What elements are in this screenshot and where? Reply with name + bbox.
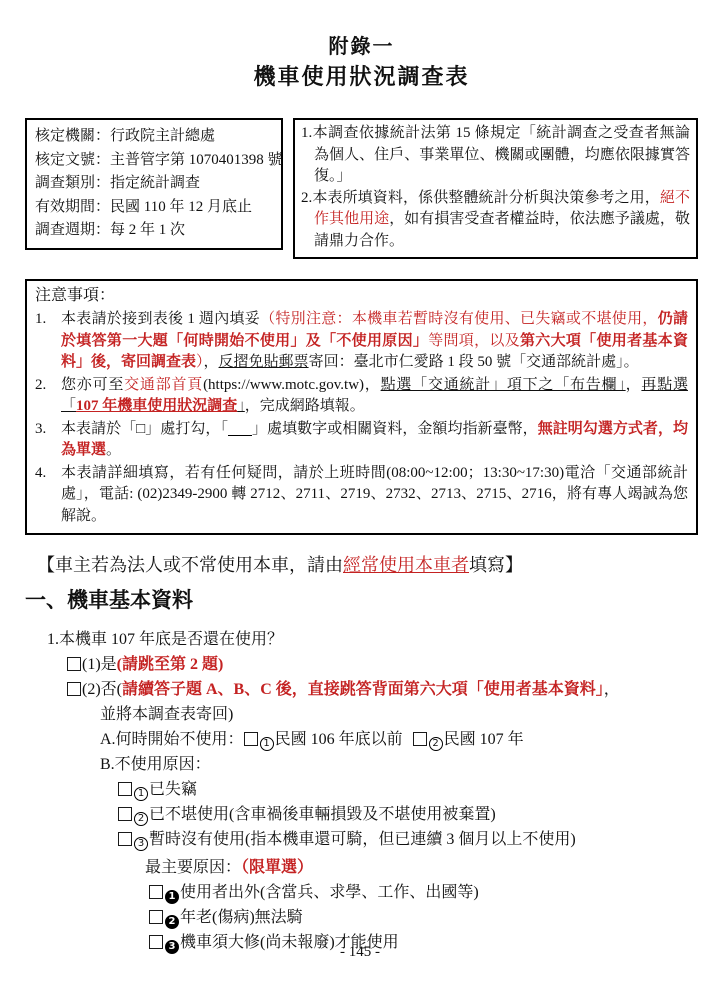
- circled-number-3-icon: 3: [134, 837, 148, 851]
- main-reason-option-2-label: 年老(傷病)無法騎: [180, 909, 303, 926]
- sub-b-option-1-row: 1已失竊: [118, 777, 698, 802]
- notice-1-run-7: ，: [204, 354, 219, 370]
- legal-item-2: 2.本表所填資料，係供整體統計分析與決策參考之用，絕不作其他用途，如有損害受查者…: [301, 188, 690, 253]
- sub-b-option-2-label: 已不堪使用(含車禍後車輛損毀及不堪使用被棄置): [149, 806, 496, 823]
- survey-cycle: 調查週期：每 2 年 1 次: [35, 219, 273, 243]
- main-reason-label: 最主要原因：: [145, 859, 241, 876]
- checkbox-q1-no[interactable]: [67, 682, 81, 696]
- document-page: 附錄一 機車使用狀況調查表 核定機關：行政院主計總處 核定文號：主普管字第 10…: [0, 0, 720, 987]
- legal-item-1: 1.本調查依據統計法第 15 條規定「統計調查之受查者無論為個人、住戶、事業單位…: [301, 123, 690, 188]
- filled-circled-number-1-icon: 1: [165, 890, 179, 904]
- checkbox-b-option-3[interactable]: [118, 832, 132, 846]
- notice-box: 注意事項： 1. 本表請於接到表後 1 週內填妥（特別注意：本機車若暫時沒有使用…: [25, 279, 698, 535]
- notice-1-run-9: 寄回：臺北市仁愛路 1 段 50 號「交通部統計處」。: [309, 354, 639, 370]
- legal-notice-box: 1.本調查依據統計法第 15 條規定「統計調查之受查者無論為個人、住戶、事業單位…: [293, 118, 698, 259]
- sub-b-option-2-row: 2已不堪使用(含車禍後車輛損毀及不堪使用被棄置): [118, 802, 698, 827]
- notice-2-run-4: 點選「交通統計」項下之「布告欄」: [381, 377, 626, 393]
- notice-item-4-number: 4.: [35, 463, 61, 528]
- notice-1-run-2: （特別注意：本機車若暫時沒有使用、已失竊或不堪使用，: [260, 311, 658, 327]
- notice-3-run-2: 」處填數字或相關資料，金額均指新臺幣，: [252, 421, 538, 437]
- notice-3-run-1: 本表請於「□」處打勾，「: [61, 421, 228, 437]
- notice-3-run-4: 。: [106, 442, 121, 458]
- sub-b-option-1-label: 已失竊: [149, 781, 197, 798]
- notice-item-2-number: 2.: [35, 375, 61, 418]
- sub-a-option-2-label: 民國 107 年: [444, 731, 524, 748]
- sub-a-option-1-label: 民國 106 年底以前: [275, 731, 403, 748]
- survey-category: 調查類別：指定統計調查: [35, 172, 273, 196]
- page-number: - 145 -: [0, 944, 720, 961]
- notice-1-run-6: ）: [196, 354, 204, 370]
- notice-4-run-1: 本表請詳細填寫，若有任何疑問，請於上班時間(08:00~12:00；13:30~…: [61, 465, 688, 524]
- checkbox-a-option-2[interactable]: [413, 732, 427, 746]
- notice-item-3-number: 3.: [35, 419, 61, 462]
- section1-heading: 一、機車基本資料: [25, 586, 698, 614]
- filler-note-red-text: 經常使用本車者: [343, 555, 469, 575]
- checkbox-b-option-1[interactable]: [118, 782, 132, 796]
- q1-option-no-row: (2)否(請續答子題 A、B、C 後，直接跳答背面第六大項「使用者基本資料」，: [67, 677, 698, 702]
- notice-item-1-body: 本表請於接到表後 1 週內填妥（特別注意：本機車若暫時沒有使用、已失竊或不堪使用…: [61, 309, 688, 374]
- main-reason-option-1-label: 使用者出外(含當兵、求學、工作、出國等): [180, 884, 479, 901]
- filler-note-text: 【車主若為法人或不常使用本車，請由: [37, 555, 343, 575]
- fill-blank-sample: [228, 420, 252, 436]
- checkbox-main-reason-2[interactable]: [149, 910, 163, 924]
- legal-item-1-text: 1.本調查依據統計法第 15 條規定「統計調查之受查者無論為個人、住戶、事業單位…: [301, 125, 690, 184]
- q1-option-no-label: (2)否(: [82, 681, 122, 698]
- notice-heading: 注意事項：: [35, 284, 688, 308]
- notice-item-1: 1. 本表請於接到表後 1 週內填妥（特別注意：本機車若暫時沒有使用、已失竊或不…: [35, 309, 688, 374]
- notice-1-run-1: 本表請於接到表後 1 週內填妥: [61, 311, 260, 327]
- notice-item-3: 3. 本表請於「□」處打勾，「」處填數字或相關資料，金額均指新臺幣，無註明勾選方…: [35, 419, 688, 462]
- single-choice-note: （限單選）: [241, 859, 313, 876]
- notice-1-run-4: 等問項，以及: [428, 333, 520, 349]
- main-reason-option-2-row: 2年老(傷病)無法騎: [149, 905, 698, 930]
- circled-number-2-icon: 2: [429, 737, 443, 751]
- notice-2-run-5: ，: [626, 377, 642, 393]
- notice-item-4: 4. 本表請詳細填寫，若有任何疑問，請於上班時間(08:00~12:00；13:…: [35, 463, 688, 528]
- filler-note: 【車主若為法人或不常使用本車，請由經常使用本車者填寫】: [37, 552, 698, 578]
- approval-agency: 核定機關：行政院主計總處: [35, 125, 273, 149]
- filled-circled-number-2-icon: 2: [165, 915, 179, 929]
- checkbox-a-option-1[interactable]: [244, 732, 258, 746]
- q1-option-yes-row: (1)是(請跳至第 2 題): [67, 652, 698, 677]
- notice-2-run-8: 」: [237, 398, 245, 414]
- approval-doc-number: 核定文號：主普管字第 1070401398 號: [35, 149, 273, 173]
- q1-option-no-instruction: 請續答子題 A、B、C 後，直接跳答背面第六大項「使用者基本資料」: [122, 681, 604, 698]
- notice-2-run-3: (https://www.motc.gov.tw)，: [203, 377, 381, 393]
- notice-item-4-body: 本表請詳細填寫，若有任何疑問，請於上班時間(08:00~12:00；13:30~…: [61, 463, 688, 528]
- notice-2-run-9: ，完成網路填報。: [245, 398, 365, 414]
- sub-b-option-3-row: 3暫時沒有使用(指本機車還可騎，但已連續 3 個月以上不使用): [118, 827, 698, 852]
- sub-question-a-row: A.何時開始不使用：1民國 106 年底以前2民國 107 年: [100, 727, 698, 752]
- notice-2-run-1: 您亦可至: [61, 377, 124, 393]
- q1-option-yes-label: (1)是: [82, 656, 117, 673]
- q1-option-yes-skip-note: (請跳至第 2 題): [117, 656, 224, 673]
- circled-number-1-icon: 1: [260, 737, 274, 751]
- checkbox-main-reason-1[interactable]: [149, 885, 163, 899]
- notice-item-2-body: 您亦可至交通部首頁(https://www.motc.gov.tw)，點選「交通…: [61, 375, 688, 418]
- q1-option-no-continuation: 並將本調查表寄回): [100, 702, 698, 727]
- sub-b-option-3-label: 暫時沒有使用(指本機車還可騎，但已連續 3 個月以上不使用): [149, 831, 576, 848]
- approval-info-box: 核定機關：行政院主計總處 核定文號：主普管字第 1070401398 號 調查類…: [25, 118, 283, 250]
- notice-1-run-8: 反摺免貼郵票: [219, 354, 309, 370]
- sub-question-b-label: B.不使用原因：: [100, 752, 698, 777]
- q1-option-no-comma: ，: [604, 681, 620, 698]
- notice-item-3-body: 本表請於「□」處打勾，「」處填數字或相關資料，金額均指新臺幣，無註明勾選方式者，…: [61, 419, 688, 462]
- main-reason-option-1-row: 1使用者出外(含當兵、求學、工作、出國等): [149, 880, 698, 905]
- legal-item-2-text: 2.本表所填資料，係供整體統計分析與決策參考之用，: [301, 190, 660, 206]
- valid-period: 有效期間：民國 110 年 12 月底止: [35, 196, 273, 220]
- notice-item-1-number: 1.: [35, 309, 61, 374]
- question-1: 1.本機車 107 年底是否還在使用？: [47, 627, 698, 652]
- sub-question-a-label: A.何時開始不使用：: [100, 731, 244, 748]
- checkbox-q1-yes[interactable]: [67, 657, 81, 671]
- circled-number-2-icon: 2: [134, 812, 148, 826]
- notice-item-2: 2. 您亦可至交通部首頁(https://www.motc.gov.tw)，點選…: [35, 375, 688, 418]
- appendix-title: 附錄一: [25, 34, 698, 60]
- circled-number-1-icon: 1: [134, 787, 148, 801]
- checkbox-b-option-2[interactable]: [118, 807, 132, 821]
- notice-2-run-2: 交通部首頁: [124, 377, 203, 393]
- filler-note-text-end: 填寫】: [469, 555, 523, 575]
- form-title: 機車使用狀況調查表: [25, 60, 698, 94]
- main-reason-row: 最主要原因：（限單選）: [145, 855, 698, 880]
- notice-2-run-7-survey-link: 107 年機車使用狀況調查: [76, 398, 237, 414]
- header-boxes: 核定機關：行政院主計總處 核定文號：主普管字第 1070401398 號 調查類…: [25, 118, 698, 259]
